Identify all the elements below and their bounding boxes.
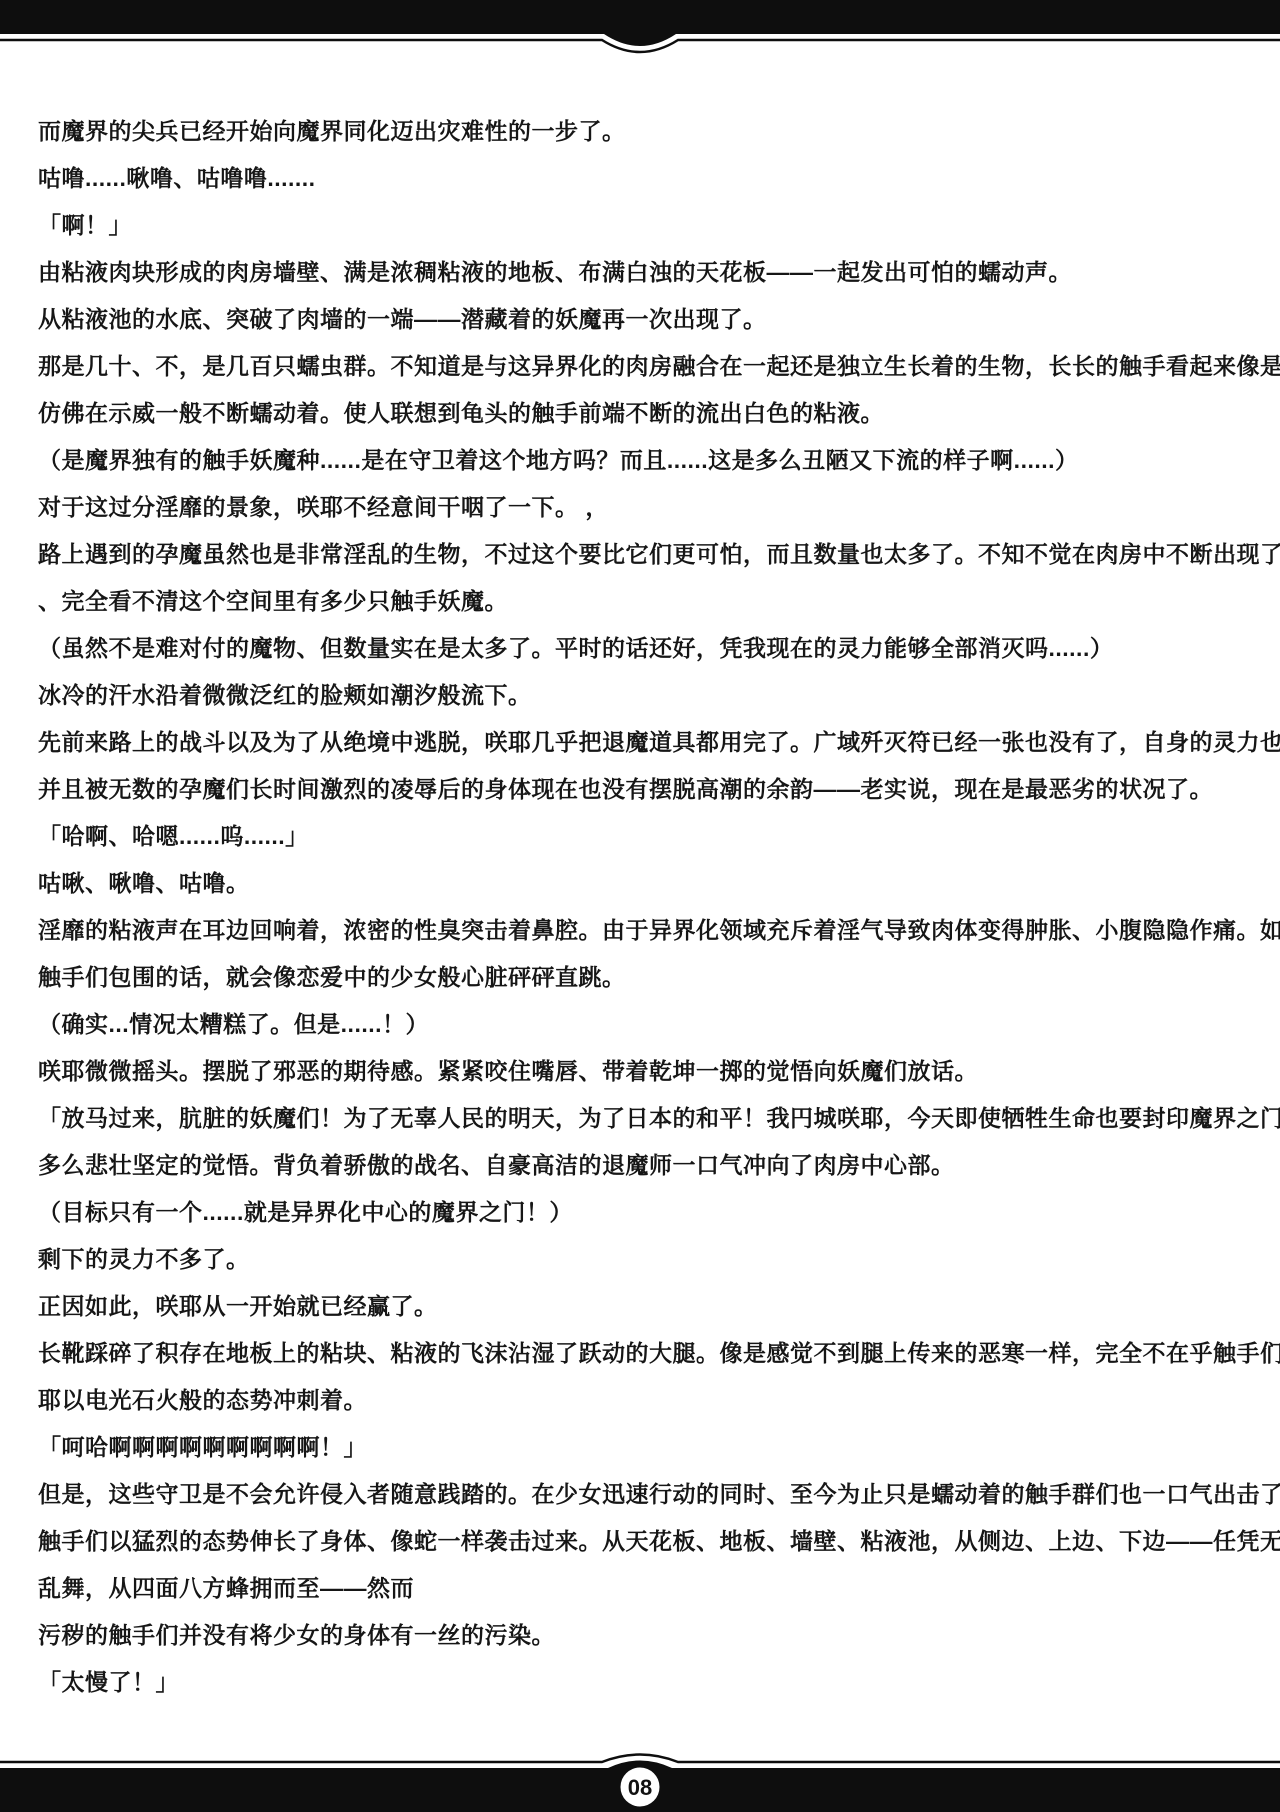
text-line: 咕啾、啾噜、咕噜。 bbox=[38, 860, 1246, 907]
document-page: 而魔界的尖兵已经开始向魔界同化迈出灾难性的一步了。咕噜......啾噜、咕噜噜.… bbox=[0, 0, 1280, 1812]
text-line: （确实...情况太糟糕了。但是......！） bbox=[38, 1001, 1246, 1048]
text-line: 触手们以猛烈的态势伸长了身体、像蛇一样袭击过来。从天花板、地板、墙壁、粘液池，从… bbox=[38, 1518, 1246, 1565]
text-line: 那是几十、不，是几百只蠕虫群。不知道是与这异界化的肉房融合在一起还是独立生长着的… bbox=[38, 343, 1246, 390]
text-line: 乱舞，从四面八方蜂拥而至——然而 bbox=[38, 1565, 1246, 1612]
text-line: 「太慢了！」 bbox=[38, 1659, 1246, 1706]
text-line: 仿佛在示威一般不断蠕动着。使人联想到龟头的触手前端不断的流出白色的粘液。 bbox=[38, 390, 1246, 437]
text-line: 对于这过分淫靡的景象，咲耶不经意间干咽了一下。 ， bbox=[38, 484, 1246, 531]
text-line: 触手们包围的话，就会像恋爱中的少女般心脏砰砰直跳。 bbox=[38, 954, 1246, 1001]
bottom-border: 08 bbox=[0, 1745, 1280, 1812]
text-line: 「啊！」 bbox=[38, 202, 1246, 249]
text-line: 由粘液肉块形成的肉房墙壁、满是浓稠粘液的地板、布满白浊的天花板——一起发出可怕的… bbox=[38, 249, 1246, 296]
text-line: 、完全看不清这个空间里有多少只触手妖魔。 bbox=[38, 578, 1246, 625]
text-line: 污秽的触手们并没有将少女的身体有一丝的污染。 bbox=[38, 1612, 1246, 1659]
text-line: 「放马过来，肮脏的妖魔们！为了无辜人民的明天，为了日本的和平！我円城咲耶，今天即… bbox=[38, 1095, 1246, 1142]
text-line: 冰冷的汗水沿着微微泛红的脸颊如潮汐般流下。 bbox=[38, 672, 1246, 719]
body-text: 而魔界的尖兵已经开始向魔界同化迈出灾难性的一步了。咕噜......啾噜、咕噜噜.… bbox=[38, 108, 1246, 1706]
text-line: 先前来路上的战斗以及为了从绝境中逃脱，咲耶几乎把退魔道具都用完了。广域歼灭符已经… bbox=[38, 719, 1246, 766]
text-line: 「呵哈啊啊啊啊啊啊啊啊啊！」 bbox=[38, 1424, 1246, 1471]
text-line: 淫靡的粘液声在耳边回响着，浓密的性臭突击着鼻腔。由于异界化领域充斥着淫气导致肉体… bbox=[38, 907, 1246, 954]
text-line: 并且被无数的孕魔们长时间激烈的凌辱后的身体现在也没有摆脱高潮的余韵——老实说，现… bbox=[38, 766, 1246, 813]
text-line: 正因如此，咲耶从一开始就已经赢了。 bbox=[38, 1283, 1246, 1330]
text-line: 「哈啊、哈嗯......呜......」 bbox=[38, 813, 1246, 860]
page-number: 08 bbox=[628, 1775, 652, 1800]
text-line: 而魔界的尖兵已经开始向魔界同化迈出灾难性的一步了。 bbox=[38, 108, 1246, 155]
text-line: 多么悲壮坚定的觉悟。背负着骄傲的战名、自豪高洁的退魔师一口气冲向了肉房中心部。 bbox=[38, 1142, 1246, 1189]
text-line: （目标只有一个......就是异界化中心的魔界之门！） bbox=[38, 1189, 1246, 1236]
text-line: 长靴踩碎了积存在地板上的粘块、粘液的飞沫沾湿了跃动的大腿。像是感觉不到腿上传来的… bbox=[38, 1330, 1246, 1377]
top-border-ornament bbox=[0, 0, 1280, 62]
text-line: 耶以电光石火般的态势冲刺着。 bbox=[38, 1377, 1246, 1424]
text-line: 但是，这些守卫是不会允许侵入者随意践踏的。在少女迅速行动的同时、至今为止只是蠕动… bbox=[38, 1471, 1246, 1518]
text-line: 咕噜......啾噜、咕噜噜....... bbox=[38, 155, 1246, 202]
text-line: 咲耶微微摇头。摆脱了邪恶的期待感。紧紧咬住嘴唇、带着乾坤一掷的觉悟向妖魔们放话。 bbox=[38, 1048, 1246, 1095]
text-line: （是魔界独有的触手妖魔种......是在守卫着这个地方吗？而且......这是多… bbox=[38, 437, 1246, 484]
text-line: 从粘液池的水底、突破了肉墙的一端——潜藏着的妖魔再一次出现了。 bbox=[38, 296, 1246, 343]
text-line: （虽然不是难对付的魔物、但数量实在是太多了。平时的话还好，凭我现在的灵力能够全部… bbox=[38, 625, 1246, 672]
text-line: 路上遇到的孕魔虽然也是非常淫乱的生物，不过这个要比它们更可怕，而且数量也太多了。… bbox=[38, 531, 1246, 578]
text-line: 剩下的灵力不多了。 bbox=[38, 1236, 1246, 1283]
